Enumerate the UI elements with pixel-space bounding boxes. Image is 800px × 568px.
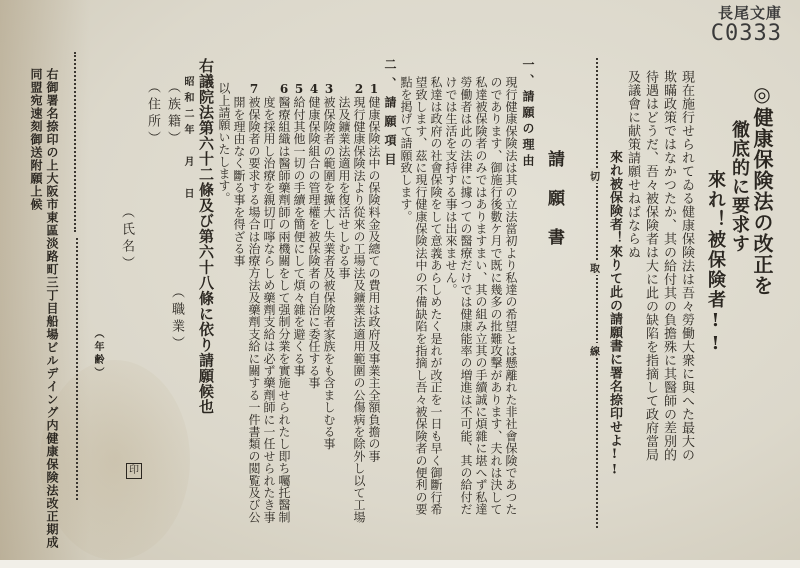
item-number: 6 — [278, 82, 290, 96]
item-text: 開を理由なく斷る事を得ざる事 — [233, 96, 245, 267]
water-stain — [40, 360, 190, 560]
archive-code: C0333 — [711, 23, 782, 45]
reason-line: 私達被保険者のみではありますまい、其の組み立其の手續誠に煩雜に堪へず私達 — [475, 76, 487, 515]
item-number: 1 — [368, 82, 380, 96]
archive-stamp: 長尾文庫 C0333 — [711, 2, 782, 45]
headline-title: ◎健康保険法の改正を — [752, 82, 772, 296]
item-number: 3 — [323, 82, 335, 96]
reason-line: のであります、御施行後數ケ月で既に幾多の批難攻撃があります、夫れは決して — [490, 76, 502, 515]
intro-call-to-sign: 來れ被保険者！來りて此の請願書に署名捺印せよ!! — [608, 150, 621, 478]
cut-line — [596, 58, 598, 528]
return-note-line: 同盟宛速刻御送附願上候 — [30, 68, 42, 211]
petition-document: 長尾文庫 C0333 ◎健康保険法の改正を 徹底的に要求す 來れ！被保険者!! … — [0, 0, 800, 560]
item-text: 醫療組織は醫師藥劑師の兩機關をして强制分業を實施せられたし即ち囑托醫制 — [278, 96, 290, 523]
section2-heading: 二、請願項目 — [384, 58, 396, 172]
headline-demand: 徹底的に要求す — [730, 120, 748, 253]
reason-line: 點を掲げて請願致します。 — [400, 76, 412, 222]
reason-line: 現行健康保険法は其の立法當初より私達の希望とは懸離れた非社會保険であつた — [505, 76, 517, 515]
intro-line: 欺瞞政策ではなかつたか、其の給付其の負擔殊に其醫師の差別的 — [662, 70, 675, 462]
section1-heading: 一、請願の理由 — [522, 58, 534, 170]
field-age[interactable]: （年齢） — [92, 328, 102, 380]
reason-line: 勞働者は此の法律に據つての醫療だけでは健康能率の増進は不可能、其の給付だ — [460, 76, 472, 515]
item-number: 5 — [293, 82, 305, 96]
seal-box[interactable]: 印 — [126, 463, 142, 479]
item-number: 4 — [308, 82, 320, 96]
legal-basis: 右議院法第六十二條及び第六十八條に依り請願候也 — [198, 58, 213, 415]
item-text: 現行健康保険法より從來の工場法及鑛業法適用範圍の公傷病を除外し以て工場 — [353, 96, 365, 523]
field-domicile[interactable]: （族籍） — [166, 80, 179, 148]
cut-line — [74, 52, 76, 232]
field-name[interactable]: （氏名） — [120, 205, 133, 273]
cut-label: 取 — [590, 260, 600, 275]
cut-label: 切 — [590, 168, 600, 183]
reason-line: 望致します、茲に現行健康保険法中の不備缺陷を指摘し吾々被保険者の便利の要 — [415, 76, 427, 515]
item-number: 7 — [248, 82, 260, 96]
item-text: 被保険者の要求する場合は治療方法及藥劑支給に關する一件書類の閲覧及び公 — [248, 96, 260, 523]
closing-text: 以上請願いたします。 — [218, 82, 230, 204]
reason-line: けでは生活を支持する事は出來ません。 — [445, 76, 457, 296]
reason-line: 私達は政府の社會保険をして意義あらしめたく是れが改正を一日も早く御斷行希 — [430, 76, 442, 515]
field-address[interactable]: （住所） — [146, 80, 159, 148]
intro-line: 及議會に献策請願せねばならぬ — [626, 70, 639, 259]
cut-label: 線 — [590, 343, 600, 358]
item-text: 給付其他一切の手續を簡便にして煩々雜を避くる事 — [293, 96, 305, 377]
item-text: 法及鑛業法適用を復活せしむる事 — [338, 96, 350, 279]
petition-title: 請願書 — [545, 150, 562, 267]
return-note-line: 右御署名捺印の上大阪市東區淡路町三丁目船場ビルデイング内健康保険法改正期成 — [46, 68, 58, 549]
item-text: 被保険者の範圍を擴大し失業者及被保険者家族をも含ましむる事 — [323, 96, 335, 450]
item-text: 健康保険法中の保険料金及總ての費用は政府及事業主全額負擔の事 — [368, 96, 380, 462]
scan-border — [0, 560, 800, 568]
date-line: 昭和二年 月 日 — [182, 76, 192, 204]
intro-line: 待遇はどうだ、吾々被保険者は大に此の缺陷を指摘して政府當局 — [644, 70, 657, 462]
item-number: 2 — [353, 82, 365, 96]
headline-call: 來れ！被保険者!! — [706, 170, 724, 356]
item-text: 健康保険組合の管理權を被保険者の自治に委任する事 — [308, 96, 320, 389]
field-occupation[interactable]: （職業） — [170, 285, 183, 353]
archive-name: 長尾文庫 — [711, 2, 782, 23]
intro-line: 現在施行せられてゐる健康保険法は吾々勞働大衆に與へた最大の — [680, 70, 693, 462]
cut-line — [76, 238, 78, 500]
item-text: 度を採用し治療を親切叮嚀ならしめ藥劑支給は必ず藥劑師に一任せられたき事 — [263, 96, 275, 523]
